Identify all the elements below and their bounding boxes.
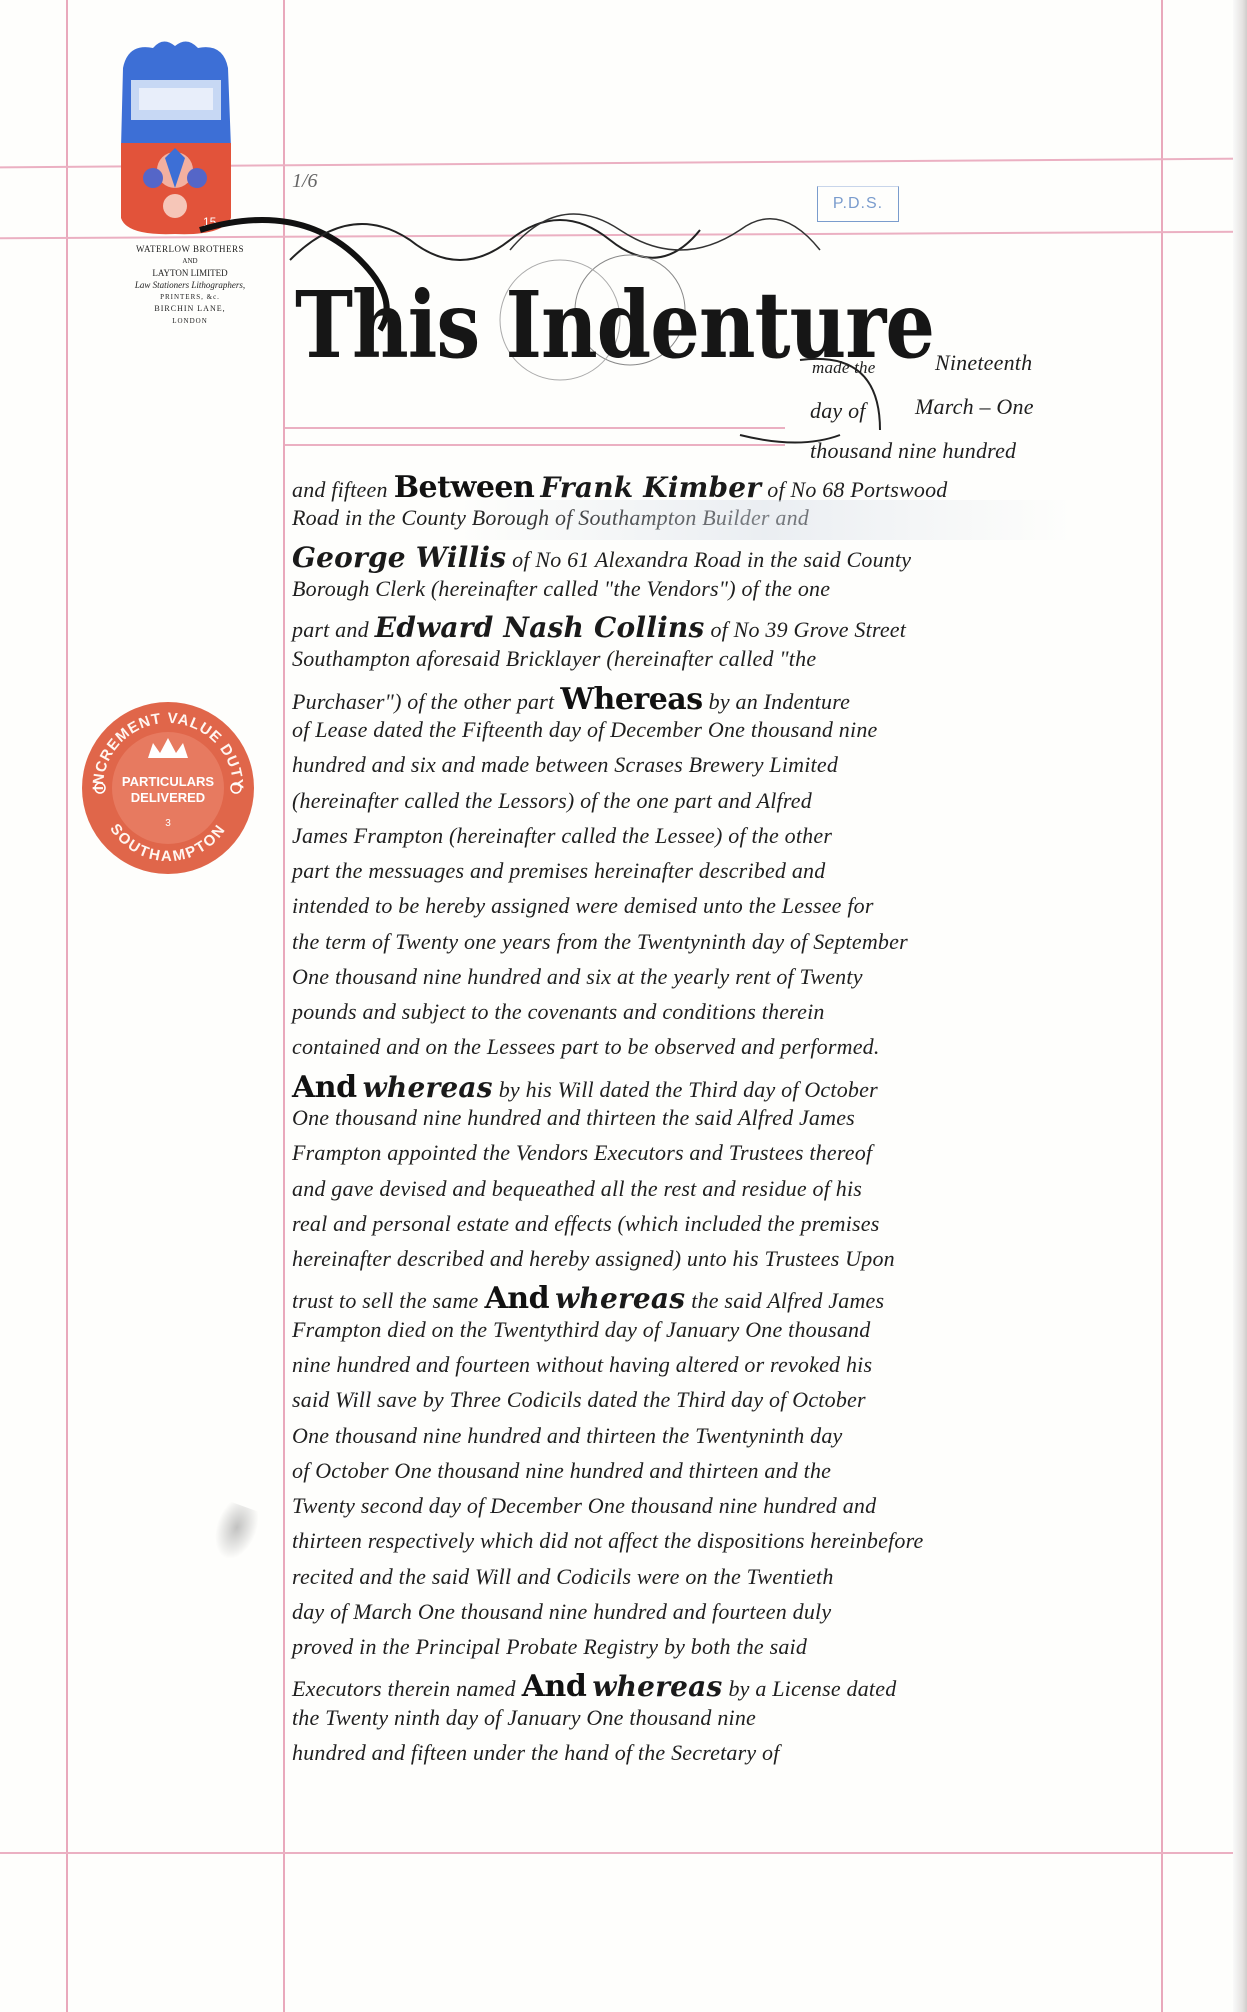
body-line: Frampton appointed the Vendors Executors…	[292, 1140, 878, 1166]
body-line: pounds and subject to the covenants and …	[292, 999, 831, 1025]
line-text: of No 61 Alexandra Road in the said Coun…	[512, 547, 911, 572]
title-underline-1	[285, 427, 785, 429]
day-of-label: day of	[810, 398, 866, 424]
body-line: One thousand nine hundred and thirteen t…	[292, 1105, 861, 1131]
body-line: trust to sell the sameAndwhereasthe said…	[292, 1281, 890, 1316]
body-line: and gave devised and bequeathed all the …	[292, 1176, 868, 1202]
body-line: hereinafter described and hereby assigne…	[292, 1246, 901, 1272]
svg-text:PARTICULARS: PARTICULARS	[122, 774, 215, 789]
line-text: Executors therein named	[292, 1676, 516, 1701]
line-text: Southampton aforesaid Bricklayer (herein…	[292, 646, 816, 671]
body-line: recited and the said Will and Codicils w…	[292, 1564, 840, 1590]
body-line: of Lease dated the Fifteenth day of Dece…	[292, 717, 884, 743]
line-text: hundred and six and made between Scrases…	[292, 752, 838, 777]
line-text: of No 39 Grove Street	[710, 617, 906, 642]
line-text: recited and the said Will and Codicils w…	[292, 1564, 834, 1589]
indenture-page: 15 WATERLOW BROTHERS AND LAYTON LIMITED …	[0, 0, 1247, 2012]
line-text: One thousand nine hundred and thirteen t…	[292, 1105, 855, 1130]
engrossed-name: whereas	[555, 1282, 685, 1315]
gothic-keyword: And	[522, 1669, 587, 1704]
line-text: the term of Twenty one years from the Tw…	[292, 929, 908, 954]
increment-value-duty-seal-icon: INCREMENT VALUE DUTY SOUTHAMPTON PARTICU…	[78, 698, 258, 878]
line-text: Borough Clerk (hereinafter called "the V…	[292, 576, 830, 601]
body-line: George Willisof No 61 Alexandra Road in …	[292, 541, 917, 574]
svg-text:15: 15	[203, 215, 217, 229]
body-line: of October One thousand nine hundred and…	[292, 1458, 837, 1484]
body-line: the Twenty ninth day of January One thou…	[292, 1705, 762, 1731]
line-text: pounds and subject to the covenants and …	[292, 999, 825, 1024]
pds-stamp-box: P.D.S.	[817, 186, 899, 222]
gothic-keyword: And	[485, 1281, 550, 1316]
body-line: part the messuages and premises hereinaf…	[292, 858, 831, 884]
line-text: James Frampton (hereinafter called the L…	[292, 823, 832, 848]
line-text: and fifteen	[292, 477, 388, 502]
line-text: by an Indenture	[709, 689, 850, 714]
body-line: day of March One thousand nine hundred a…	[292, 1599, 837, 1625]
line-text: intended to be hereby assigned were demi…	[292, 893, 874, 918]
svg-text:3: 3	[165, 818, 171, 829]
line-text: by his Will dated the Third day of Octob…	[499, 1077, 878, 1102]
body-line: One thousand nine hundred and six at the…	[292, 964, 869, 990]
pencil-note: 1/6	[292, 170, 318, 193]
gothic-keyword: Whereas	[560, 682, 702, 717]
body-line: hundred and six and made between Scrases…	[292, 752, 844, 778]
line-text: (hereinafter called the Lessors) of the …	[292, 788, 812, 813]
line-text: part and	[292, 617, 369, 642]
bottom-rule	[0, 1852, 1240, 1854]
line-text: One thousand nine hundred and six at the…	[292, 964, 863, 989]
body-line: Purchaser") of the other partWhereasby a…	[292, 682, 856, 717]
line-text: hereinafter described and hereby assigne…	[292, 1246, 895, 1271]
paper-stain	[455, 500, 1075, 540]
line-text: the said Alfred James	[691, 1288, 884, 1313]
gothic-keyword: And	[292, 1070, 357, 1105]
line-text: nine hundred and fourteen without having…	[292, 1352, 872, 1377]
revenue-stamp-icon: 15	[113, 38, 238, 238]
title-underline-2	[285, 444, 785, 446]
year-line: thousand nine hundred	[810, 438, 1016, 464]
engrossed-name: Edward Nash Collins	[375, 611, 705, 644]
body-line: Southampton aforesaid Bricklayer (herein…	[292, 646, 822, 672]
body-line: real and personal estate and effects (wh…	[292, 1211, 886, 1237]
line-text: day of March One thousand nine hundred a…	[292, 1599, 831, 1624]
right-margin-rule	[1161, 0, 1163, 2012]
line-text: contained and on the Lessees part to be …	[292, 1034, 880, 1059]
line-text: trust to sell the same	[292, 1288, 479, 1313]
line-text: of October One thousand nine hundred and…	[292, 1458, 831, 1483]
body-line: nine hundred and fourteen without having…	[292, 1352, 878, 1378]
line-text: hundred and fifteen under the hand of th…	[292, 1740, 780, 1765]
body-line: One thousand nine hundred and thirteen t…	[292, 1423, 849, 1449]
body-line: Frampton died on the Twentythird day of …	[292, 1317, 876, 1343]
line-text: Frampton appointed the Vendors Executors…	[292, 1140, 872, 1165]
line-text: Purchaser") of the other part	[292, 689, 554, 714]
line-text: One thousand nine hundred and thirteen t…	[292, 1423, 843, 1448]
ink-smudge	[207, 1500, 263, 1565]
line-text: Frampton died on the Twentythird day of …	[292, 1317, 870, 1342]
svg-text:DELIVERED: DELIVERED	[131, 790, 205, 805]
line-text: and gave devised and bequeathed all the …	[292, 1176, 862, 1201]
engrossed-name: whereas	[592, 1670, 722, 1703]
body-line: Executors therein namedAndwhereasby a Li…	[292, 1669, 902, 1704]
body-line: proved in the Principal Probate Registry…	[292, 1634, 813, 1660]
body-line: the term of Twenty one years from the Tw…	[292, 929, 914, 955]
line-text: of No 68 Portswood	[767, 477, 947, 502]
engrossed-name: George Willis	[292, 541, 506, 574]
line-text: of Lease dated the Fifteenth day of Dece…	[292, 717, 878, 742]
made-the-label: made the	[812, 358, 875, 378]
body-line: Twenty second day of December One thousa…	[292, 1493, 882, 1519]
left-outer-margin-rule	[66, 0, 68, 2012]
line-text: said Will save by Three Codicils dated t…	[292, 1387, 866, 1412]
body-line: hundred and fifteen under the hand of th…	[292, 1740, 786, 1766]
line-text: the Twenty ninth day of January One thou…	[292, 1705, 756, 1730]
line-text: real and personal estate and effects (wh…	[292, 1211, 880, 1236]
body-line: thirteen respectively which did not affe…	[292, 1528, 930, 1554]
body-line: Borough Clerk (hereinafter called "the V…	[292, 576, 836, 602]
page-edge-shadow	[1233, 0, 1247, 2012]
body-line: contained and on the Lessees part to be …	[292, 1034, 886, 1060]
day-value: Nineteenth	[935, 350, 1032, 376]
body-line: (hereinafter called the Lessors) of the …	[292, 788, 818, 814]
line-text: thirteen respectively which did not affe…	[292, 1528, 924, 1553]
line-text: part the messuages and premises hereinaf…	[292, 858, 825, 883]
engrossed-name: whereas	[363, 1071, 493, 1104]
body-line: Andwhereasby his Will dated the Third da…	[292, 1070, 884, 1105]
body-line: said Will save by Three Codicils dated t…	[292, 1387, 872, 1413]
line-text: Twenty second day of December One thousa…	[292, 1493, 876, 1518]
body-line: part andEdward Nash Collinsof No 39 Grov…	[292, 611, 912, 644]
body-line: intended to be hereby assigned were demi…	[292, 893, 880, 919]
line-text: by a License dated	[728, 1676, 896, 1701]
month-value: March – One	[915, 394, 1034, 420]
line-text: proved in the Principal Probate Registry…	[292, 1634, 807, 1659]
body-line: James Frampton (hereinafter called the L…	[292, 823, 838, 849]
left-inner-margin-rule	[283, 0, 285, 2012]
printer-imprint: WATERLOW BROTHERS AND LAYTON LIMITED Law…	[110, 243, 270, 327]
